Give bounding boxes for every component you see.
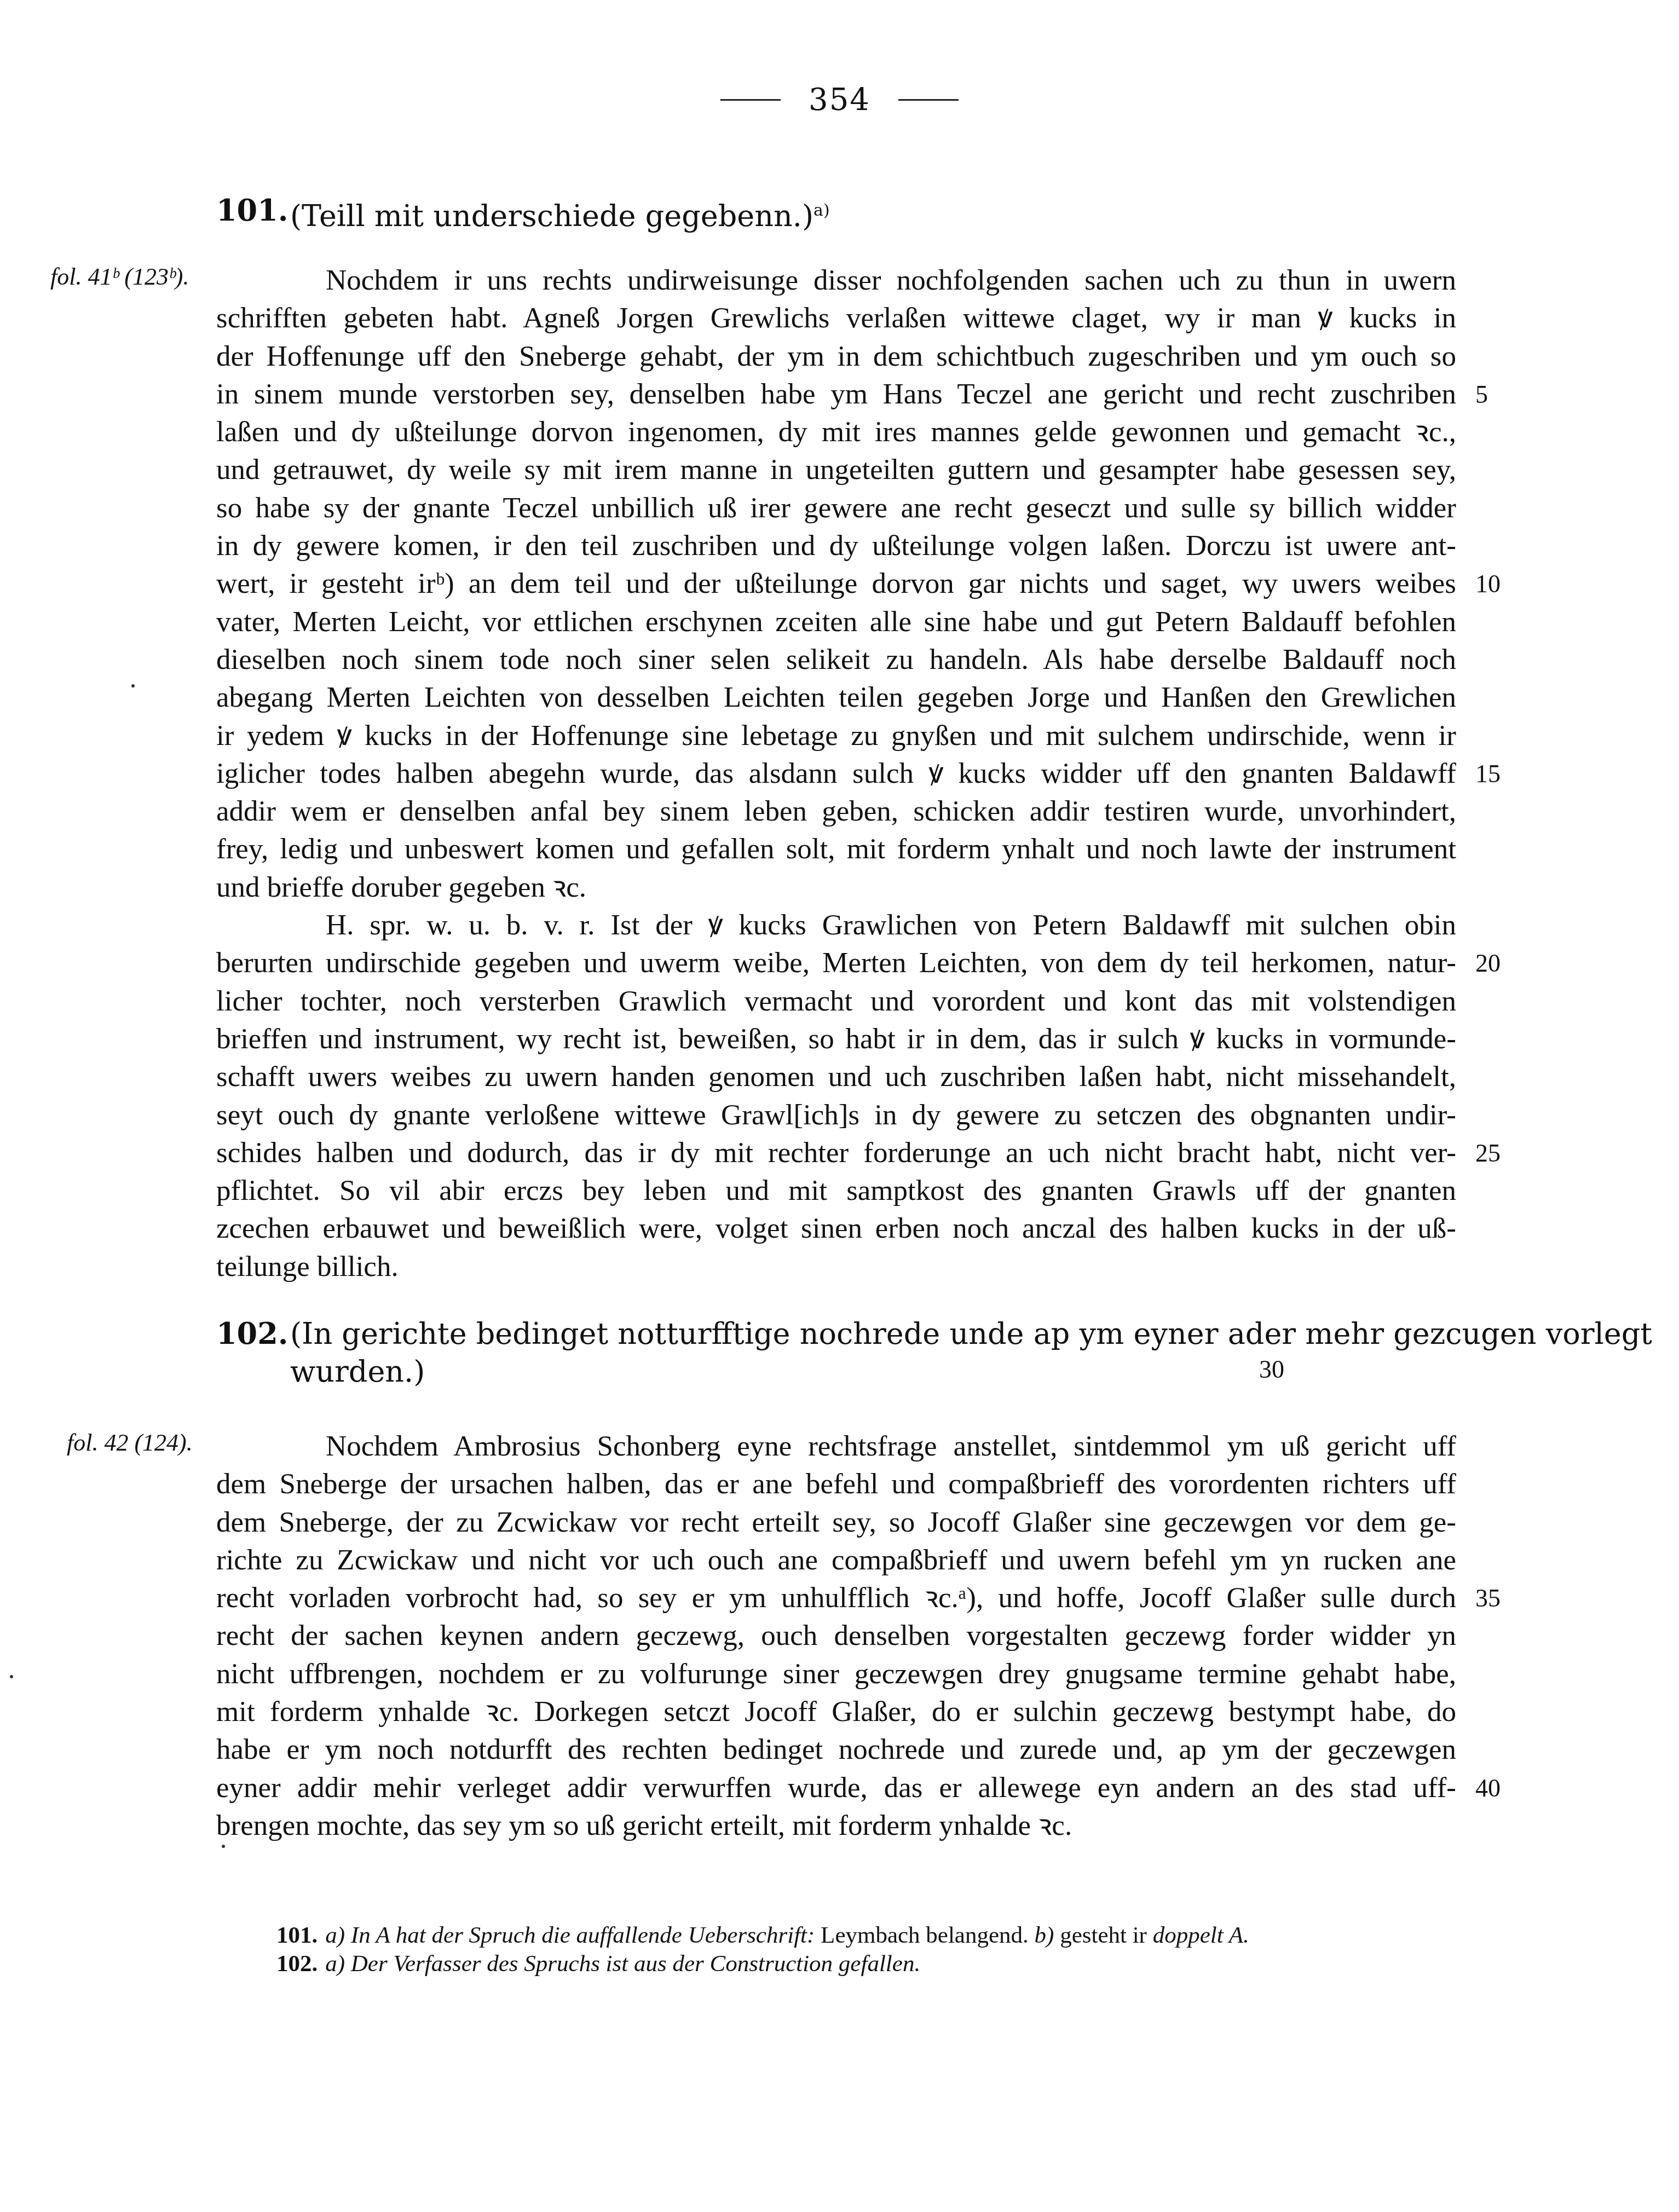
text-line: der Hoffenunge uff den Sneberge gehabt, … xyxy=(216,338,1456,376)
text-line: pflichtet. So vil abir erczs bey leben u… xyxy=(216,1172,1456,1210)
text-line: richte zu Zcwickaw und nicht vor uch ouc… xyxy=(216,1541,1456,1579)
text-line: licher tochter, noch versterben Grawlich… xyxy=(216,983,1456,1020)
footnote-text: a) Der Verfasser des Spruchs ist aus der… xyxy=(325,1951,920,1977)
text-line: berurten undirschide gegeben und uwerm w… xyxy=(216,944,1456,982)
text-line: brengen mochte, das sey ym so uß gericht… xyxy=(216,1807,1456,1845)
section-number: 101. xyxy=(216,192,290,235)
text-line: in sinem munde verstorben sey, denselben… xyxy=(216,376,1456,413)
text-line: brieffen und instrument, wy recht ist, b… xyxy=(216,1020,1456,1058)
text-line: Nochdem Ambrosius Schonberg eyne rechtsf… xyxy=(216,1428,1456,1465)
line-number: 25 xyxy=(1456,1134,1501,1172)
footnotes: 101.a) In A hat der Spruch die auffallen… xyxy=(276,1921,1249,1978)
text-line: nicht uffbrengen, nochdem er zu volfurun… xyxy=(216,1655,1456,1693)
text-line: frey, ledig und unbeswert komen und gefa… xyxy=(216,830,1456,868)
text-line: abegang Merten Leichten von desselben Le… xyxy=(216,679,1456,717)
line-number: 30 xyxy=(1259,1355,1284,1384)
page-header: 354 xyxy=(0,82,1679,118)
text-line: dem Sneberge, der zu Zcwickaw vor recht … xyxy=(216,1504,1456,1541)
text-line: zcechen erbauwet und beweißlich were, vo… xyxy=(216,1210,1456,1248)
section-101-body: Nochdem ir uns rechts undirweisunge diss… xyxy=(216,262,1456,1286)
section-title-line-1: (In gerichte bedinget notturfftige nochr… xyxy=(290,1315,1652,1353)
text-line: recht vorladen vorbrocht had, so sey er … xyxy=(216,1579,1456,1617)
scan-speck xyxy=(10,1675,13,1678)
footnote-text: gesteht ir xyxy=(1054,1922,1152,1948)
text-line: so habe sy der gnante Teczel unbillich u… xyxy=(216,489,1456,527)
line-number: 35 xyxy=(1456,1579,1501,1617)
footnote-number: 102. xyxy=(276,1951,318,1977)
text-line: mit forderm ynhalde ꝛc. Dorkegen setczt … xyxy=(216,1693,1456,1731)
text-line: recht der sachen keynen andern geczewg, … xyxy=(216,1617,1456,1655)
text-line: habe er ym noch notdurfft des rechten be… xyxy=(216,1731,1456,1769)
text-line: ir yedem ꝟ kucks in der Hoffenunge sine … xyxy=(216,717,1456,755)
folio-margin-note: fol. 41ᵇ (123ᵇ). xyxy=(50,263,189,291)
text-line: dieselben noch sinem tode noch siner sel… xyxy=(216,641,1456,679)
header-rule-right xyxy=(898,99,959,101)
footnote-number: 101. xyxy=(276,1922,318,1948)
text-line: seyt ouch dy gnante verloßene wittewe Gr… xyxy=(216,1096,1456,1134)
scan-speck xyxy=(131,684,135,688)
section-102-body: Nochdem Ambrosius Schonberg eyne rechtsf… xyxy=(216,1428,1456,1845)
text-line: teilunge billich. xyxy=(216,1248,1456,1286)
footnote: 102.a) Der Verfasser des Spruchs ist aus… xyxy=(276,1950,1249,1978)
text-line: schides halben und dodurch, das ir dy mi… xyxy=(216,1134,1456,1172)
text-line: H. spr. w. u. b. v. r. Ist der ꝟ kucks G… xyxy=(216,906,1456,944)
footnote-text: a) In A hat der Spruch die auffallende U… xyxy=(325,1922,815,1948)
line-number: 10 xyxy=(1456,565,1501,603)
footnote-ref: a) xyxy=(813,201,830,220)
footnote-text: Leymbach belangend. xyxy=(815,1922,1034,1948)
page-number: 354 xyxy=(809,82,870,118)
text-line: iglicher todes halben abegehn wurde, das… xyxy=(216,755,1456,793)
text-line: schafft uwers weibes zu uwern handen gen… xyxy=(216,1058,1456,1096)
text-line: eyner addir mehir verleget addir verwurf… xyxy=(216,1769,1456,1807)
text-line: vater, Merten Leicht, vor ettlichen ersc… xyxy=(216,603,1456,641)
line-number: 15 xyxy=(1456,755,1501,793)
text-line: Nochdem ir uns rechts undirweisunge diss… xyxy=(216,262,1456,299)
text-line: schrifften gebeten habt. Agneß Jorgen Gr… xyxy=(216,299,1456,337)
text-line: wert, ir gesteht irᵇ) an dem teil und de… xyxy=(216,565,1456,603)
footnote-text: doppelt A. xyxy=(1153,1922,1249,1948)
scan-speck xyxy=(222,1845,225,1848)
text-line: dem Sneberge der ursachen halben, das er… xyxy=(216,1465,1456,1503)
section-101-heading: 101. (Teill mit underschiede gegebenn.)a… xyxy=(216,192,1456,235)
section-title-text: (Teill mit underschiede gegebenn.) xyxy=(290,199,813,233)
text-line: und getrauwet, dy weile sy mit irem mann… xyxy=(216,451,1456,489)
section-number: 102. xyxy=(216,1315,290,1390)
section-title: (Teill mit underschiede gegebenn.)a) xyxy=(290,192,1456,235)
folio-margin-note: fol. 42 (124). xyxy=(67,1429,193,1457)
text-line: laßen und dy ußteilunge dorvon ingenomen… xyxy=(216,413,1456,451)
text-line: in dy gewere komen, ir den teil zuschrib… xyxy=(216,527,1456,565)
line-number: 5 xyxy=(1456,376,1488,413)
section-title-line-2: wurden.) xyxy=(290,1353,1652,1390)
text-line: addir wem er denselben anfal bey sinem l… xyxy=(216,793,1456,830)
section-title: (In gerichte bedinget notturfftige nochr… xyxy=(290,1315,1652,1390)
header-rule-left xyxy=(720,99,781,101)
footnote-text: b) xyxy=(1035,1922,1054,1948)
line-number: 20 xyxy=(1456,944,1501,982)
text-line: und brieffe doruber gegeben ꝛc. xyxy=(216,869,1456,906)
line-number: 40 xyxy=(1456,1769,1501,1807)
footnote: 101.a) In A hat der Spruch die auffallen… xyxy=(276,1921,1249,1950)
